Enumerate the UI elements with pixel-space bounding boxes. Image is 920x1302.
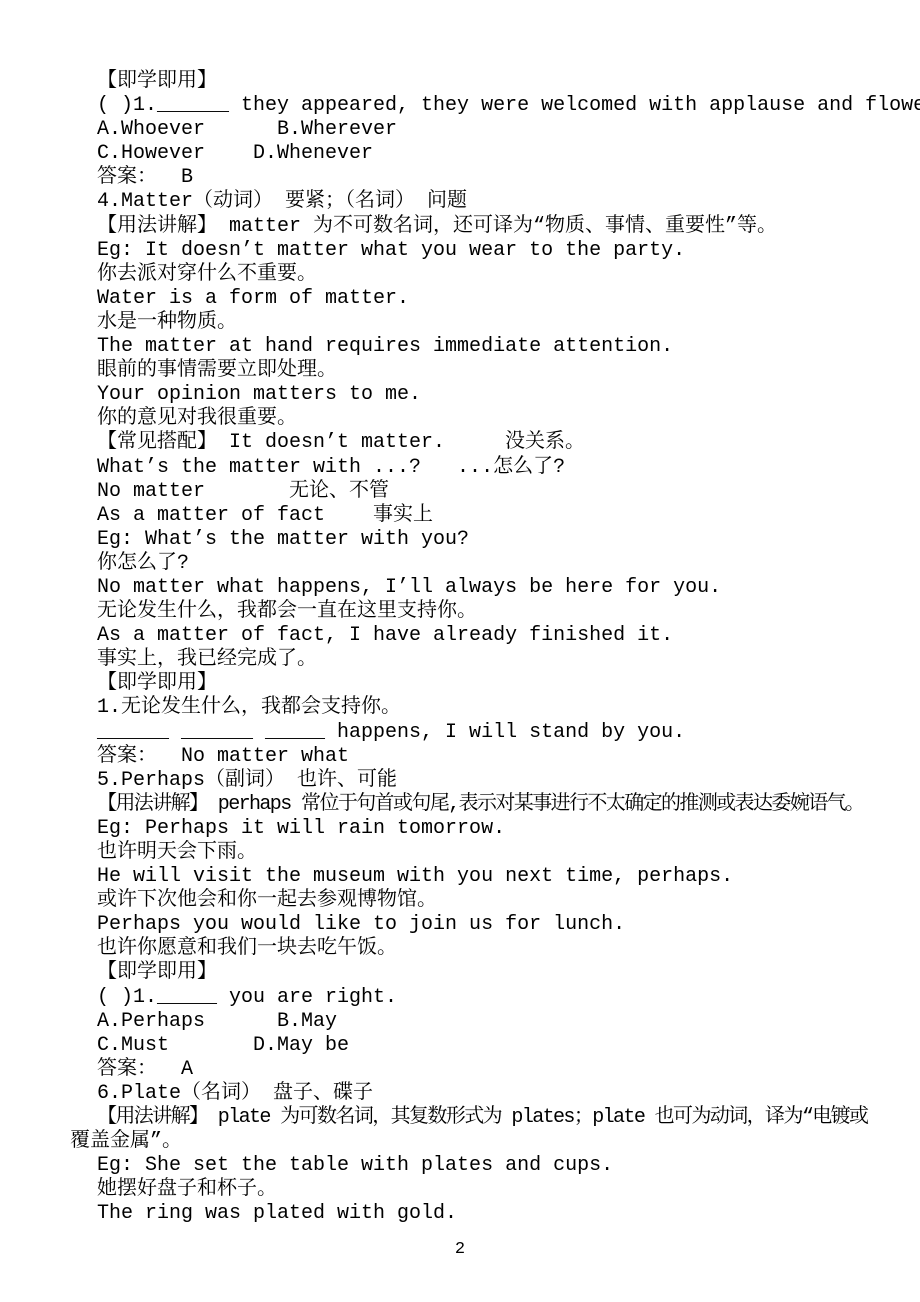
text-line: 答案： No matter what [70, 745, 870, 769]
text-line: Eg: It doesn’t matter what you wear to t… [70, 239, 870, 263]
text-line: 水是一种物质。 [70, 311, 870, 335]
text-line: ( )1.______ they appeared, they were wel… [70, 94, 870, 118]
text-line: Your opinion matters to me. [70, 383, 870, 407]
text-line: 5.Perhaps（副词） 也许、可能 [70, 769, 870, 793]
page-number: 2 [0, 1240, 920, 1260]
text-line: 1.无论发生什么，我都会支持你。 [70, 696, 870, 720]
text-line: 【常见搭配】 It doesn’t matter. 没关系。 [70, 431, 870, 455]
text-line: A.Perhaps B.May [70, 1010, 870, 1034]
text-line: C.Must D.May be [70, 1034, 870, 1058]
text-line: A.Whoever B.Wherever [70, 118, 870, 142]
text-line: 你的意见对我很重要。 [70, 407, 870, 431]
text-line: 答案： B [70, 166, 870, 190]
text-line: 覆盖金属”。 [70, 1130, 870, 1154]
text-line: 【用法讲解】 perhaps 常位于句首或句尾,表示对某事进行不太确定的推测或表… [70, 793, 870, 817]
text-line: 无论发生什么，我都会一直在这里支持你。 [70, 600, 870, 624]
text-line: 【即学即用】 [70, 672, 870, 696]
text-line: As a matter of fact 事实上 [70, 504, 870, 528]
text-line: 眼前的事情需要立即处理。 [70, 359, 870, 383]
text-line: 她摆好盘子和杯子。 [70, 1178, 870, 1202]
text-line: 也许明天会下雨。 [70, 841, 870, 865]
document-body: 【即学即用】( )1.______ they appeared, they we… [70, 70, 870, 1227]
text-line: The ring was plated with gold. [70, 1202, 870, 1226]
text-line: What’s the matter with ...? ...怎么了? [70, 456, 870, 480]
text-line: Water is a form of matter. [70, 287, 870, 311]
text-line: The matter at hand requires immediate at… [70, 335, 870, 359]
text-line: He will visit the museum with you next t… [70, 865, 870, 889]
text-line: No matter what happens, I’ll always be h… [70, 576, 870, 600]
text-line: 4.Matter（动词） 要紧；（名词） 问题 [70, 190, 870, 214]
document-page: 【即学即用】( )1.______ they appeared, they we… [0, 0, 920, 1302]
text-line: 6.Plate（名词） 盘子、碟子 [70, 1082, 870, 1106]
text-line: Eg: Perhaps it will rain tomorrow. [70, 817, 870, 841]
text-line: Eg: What’s the matter with you? [70, 528, 870, 552]
text-line: No matter 无论、不管 [70, 480, 870, 504]
text-line: As a matter of fact, I have already fini… [70, 624, 870, 648]
text-line: 你去派对穿什么不重要。 [70, 263, 870, 287]
text-line: Perhaps you would like to join us for lu… [70, 913, 870, 937]
text-line: 答案： A [70, 1058, 870, 1082]
text-line: 【用法讲解】 plate 为可数名词，其复数形式为 plates；plate 也… [70, 1106, 870, 1130]
text-line: 【用法讲解】 matter 为不可数名词，还可译为“物质、事情、重要性”等。 [70, 215, 870, 239]
text-line: 或许下次他会和你一起去参观博物馆。 [70, 889, 870, 913]
text-line: ( )1._____ you are right. [70, 986, 870, 1010]
text-line: ______ ______ _____ happens, I will stan… [70, 721, 870, 745]
text-line: 【即学即用】 [70, 961, 870, 985]
text-line: 你怎么了? [70, 552, 870, 576]
text-line: Eg: She set the table with plates and cu… [70, 1154, 870, 1178]
text-line: 【即学即用】 [70, 70, 870, 94]
text-line: 也许你愿意和我们一块去吃午饭。 [70, 937, 870, 961]
text-line: 事实上，我已经完成了。 [70, 648, 870, 672]
text-line: C.However D.Whenever [70, 142, 870, 166]
